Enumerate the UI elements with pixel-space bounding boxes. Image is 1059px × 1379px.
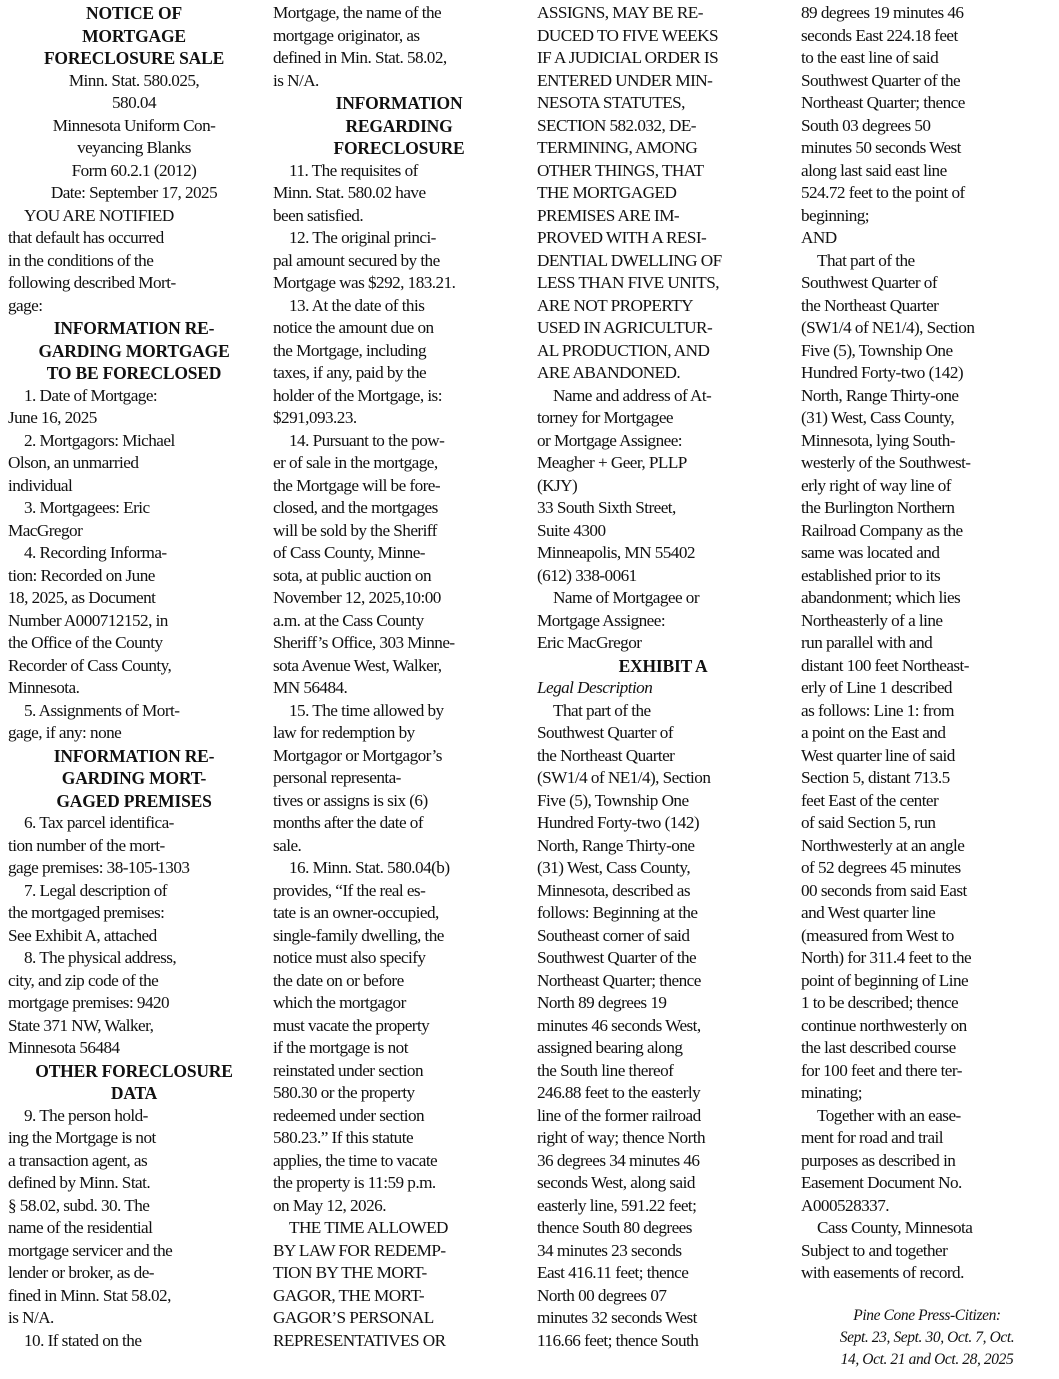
text-line: minutes 50 seconds West: [801, 137, 1053, 160]
text-line: Southwest Quarter of the: [537, 947, 789, 970]
column-2: Mortgage, the name of the mortgage origi…: [273, 2, 525, 1352]
closing-paragraph: Cass County, Minnesota Subject to and to…: [801, 1217, 1053, 1285]
text-line: Railroad Company as the: [801, 520, 1053, 543]
text-line: ARE ABANDONED.: [537, 362, 789, 385]
text-line: § 58.02, subd. 30. The: [8, 1195, 260, 1218]
text-line: lender or broker, as de-: [8, 1262, 260, 1285]
text-line: feet East of the center: [801, 790, 1053, 813]
text-line: REPRESENTATIVES OR: [273, 1330, 525, 1353]
heading-line: GARDING MORTGAGE: [8, 340, 260, 363]
text-line: Name and address of At-: [537, 385, 789, 408]
text-line: GAGOR’S PERSONAL: [273, 1307, 525, 1330]
text-line: Recorder of Cass County,: [8, 655, 260, 678]
text-line: (31) West, Cass County,: [537, 857, 789, 880]
item-14-sale-details: 14. Pursuant to the pow- er of sale in t…: [273, 430, 525, 700]
assignee-info: Name of Mortgagee or Mortgage Assignee: …: [537, 587, 789, 655]
text-line: 5. Assignments of Mort-: [8, 700, 260, 723]
item-13-amount-due: 13. At the date of this notice the amoun…: [273, 295, 525, 430]
text-line: (SW1/4 of NE1/4), Section: [801, 317, 1053, 340]
statute-reference: 580.04: [8, 92, 260, 115]
text-line: single-family dwelling, the: [273, 925, 525, 948]
section-heading-premises: INFORMATION RE- GARDING MORT- GAGED PREM…: [8, 745, 260, 813]
text-line: (31) West, Cass County,: [801, 407, 1053, 430]
attorney-initials: (KJY): [537, 475, 789, 498]
text-line: abandonment; which lies: [801, 587, 1053, 610]
item-6-tax-parcel: 6. Tax parcel identifica- tion number of…: [8, 812, 260, 880]
form-reference: Minnesota Uniform Con-: [8, 115, 260, 138]
text-line: 3. Mortgagees: Eric: [8, 497, 260, 520]
text-line: IF A JUDICIAL ORDER IS: [537, 47, 789, 70]
text-line: Cass County, Minnesota: [801, 1217, 1053, 1240]
text-line: the property is 11:59 p.m.: [273, 1172, 525, 1195]
text-line: YOU ARE NOTIFIED: [8, 205, 260, 228]
text-line: USED IN AGRICULTUR-: [537, 317, 789, 340]
text-line: Section 5, distant 713.5: [801, 767, 1053, 790]
text-line: 246.88 feet to the easterly: [537, 1082, 789, 1105]
text-line: ENTERED UNDER MIN-: [537, 70, 789, 93]
text-line: the Burlington Northern: [801, 497, 1053, 520]
text-line: sale.: [273, 835, 525, 858]
text-line: individual: [8, 475, 260, 498]
text-line: ment for road and trail: [801, 1127, 1053, 1150]
text-line: 34 minutes 23 seconds: [537, 1240, 789, 1263]
heading-line: DATA: [8, 1082, 260, 1105]
text-line: easterly line, 591.22 feet;: [537, 1195, 789, 1218]
heading-line: REGARDING: [273, 115, 525, 138]
exhibit-subheading: Legal Description: [537, 677, 789, 700]
item-12-original-principal: 12. The original princi- pal amount secu…: [273, 227, 525, 295]
attorney-city: Minneapolis, MN 55402: [537, 542, 789, 565]
text-line: DENTIAL DWELLING OF: [537, 250, 789, 273]
text-line: Minnesota.: [8, 677, 260, 700]
text-line: DUCED TO FIVE WEEKS: [537, 25, 789, 48]
text-line: the South line thereof: [537, 1060, 789, 1083]
heading-line: TO BE FORECLOSED: [8, 362, 260, 385]
text-line: torney for Mortgagee: [537, 407, 789, 430]
text-line: or Mortgage Assignee:: [537, 430, 789, 453]
text-line: Minnesota 56484: [8, 1037, 260, 1060]
text-line: established prior to its: [801, 565, 1053, 588]
text-line: 4. Recording Informa-: [8, 542, 260, 565]
text-line: the date on or before: [273, 970, 525, 993]
text-line: if the mortgage is not: [273, 1037, 525, 1060]
text-line: ing the Mortgage is not: [8, 1127, 260, 1150]
text-line: Minnesota, lying South-: [801, 430, 1053, 453]
text-line: Northeast Quarter; thence: [801, 92, 1053, 115]
text-line: OTHER THINGS, THAT: [537, 160, 789, 183]
text-line: West quarter line of said: [801, 745, 1053, 768]
assignee-name: Eric MacGregor: [537, 632, 789, 655]
item-11-requisites: 11. The requisites of Minn. Stat. 580.02…: [273, 160, 525, 228]
text-line: Minnesota, described as: [537, 880, 789, 903]
text-line: tion: Recorded on June: [8, 565, 260, 588]
column-1: NOTICE OF MORTGAGE FORECLOSURE SALE Minn…: [8, 2, 260, 1352]
text-line: Northeasterly of a line: [801, 610, 1053, 633]
text-line: provides, “If the real es-: [273, 880, 525, 903]
text-line: 13. At the date of this: [273, 295, 525, 318]
text-line: for 100 feet and there ter-: [801, 1060, 1053, 1083]
text-line: gage:: [8, 295, 260, 318]
text-line: Mortgagor or Mortgagor’s: [273, 745, 525, 768]
item-10-originator: 10. If stated on the: [8, 1330, 260, 1353]
text-line: notice the amount due on: [273, 317, 525, 340]
text-line: westerly of the Southwest-: [801, 452, 1053, 475]
text-line: AL PRODUCTION, AND: [537, 340, 789, 363]
text-line: pal amount secured by the: [273, 250, 525, 273]
text-line: Southwest Quarter of the: [801, 70, 1053, 93]
text-line: North) for 311.4 feet to the: [801, 947, 1053, 970]
text-line: NESOTA STATUTES,: [537, 92, 789, 115]
text-line: Mortgage was $292, 183.21.: [273, 272, 525, 295]
text-line: which the mortgagor: [273, 992, 525, 1015]
text-line: the last described course: [801, 1037, 1053, 1060]
text-line: South 03 degrees 50: [801, 115, 1053, 138]
text-line: 580.23.” If this statute: [273, 1127, 525, 1150]
text-line: sota Avenue West, Walker,: [273, 655, 525, 678]
text-line: tives or assigns is six (6): [273, 790, 525, 813]
item-10-originator-continued: Mortgage, the name of the mortgage origi…: [273, 2, 525, 92]
text-line: fined in Minn. Stat 58.02,: [8, 1285, 260, 1308]
text-line: name of the residential: [8, 1217, 260, 1240]
attorney-suite: Suite 4300: [537, 520, 789, 543]
text-line: minating;: [801, 1082, 1053, 1105]
column-4: 89 degrees 19 minutes 46 seconds East 22…: [801, 2, 1053, 1371]
text-line: is N/A.: [273, 70, 525, 93]
text-line: MacGregor: [8, 520, 260, 543]
text-line: erly of Line 1 described: [801, 677, 1053, 700]
text-line: seconds East 224.18 feet: [801, 25, 1053, 48]
text-line: er of sale in the mortgage,: [273, 452, 525, 475]
text-line: months after the date of: [273, 812, 525, 835]
text-line: 1. Date of Mortgage:: [8, 385, 260, 408]
text-line: Southwest Quarter of: [801, 272, 1053, 295]
text-line: Five (5), Township One: [801, 340, 1053, 363]
text-line: mortgage premises: 9420: [8, 992, 260, 1015]
text-line: PREMISES ARE IM-: [537, 205, 789, 228]
text-line: on May 12, 2026.: [273, 1195, 525, 1218]
text-line: PROVED WITH A RESI-: [537, 227, 789, 250]
text-line: in the conditions of the: [8, 250, 260, 273]
item-8-physical-address: 8. The physical address, city, and zip c…: [8, 947, 260, 1060]
text-line: defined by Minn. Stat.: [8, 1172, 260, 1195]
text-line: gage, if any: none: [8, 722, 260, 745]
text-line: Southeast corner of said: [537, 925, 789, 948]
item-2-mortgagors: 2. Mortgagors: Michael Olson, an unmarri…: [8, 430, 260, 498]
publication-line: Sept. 23, Sept. 30, Oct. 7, Oct.: [801, 1327, 1053, 1349]
text-line: (measured from West to: [801, 925, 1053, 948]
text-line: North, Range Thirty-one: [537, 835, 789, 858]
heading-line: OTHER FORECLOSURE: [8, 1060, 260, 1083]
heading-line: GAGED PREMISES: [8, 790, 260, 813]
text-line: is N/A.: [8, 1307, 260, 1330]
text-line: with easements of record.: [801, 1262, 1053, 1285]
text-line: purposes as described in: [801, 1150, 1053, 1173]
text-line: notice must also specify: [273, 947, 525, 970]
redemption-notice-continued: ASSIGNS, MAY BE RE- DUCED TO FIVE WEEKS …: [537, 2, 789, 385]
text-line: 10. If stated on the: [8, 1330, 260, 1353]
text-line: continue northwesterly on: [801, 1015, 1053, 1038]
text-line: 8. The physical address,: [8, 947, 260, 970]
text-line: THE MORTGAGED: [537, 182, 789, 205]
text-line: 6. Tax parcel identifica-: [8, 812, 260, 835]
text-line: law for redemption by: [273, 722, 525, 745]
text-line: BY LAW FOR REDEMP-: [273, 1240, 525, 1263]
text-line: personal representa-: [273, 767, 525, 790]
text-line: distant 100 feet Northeast-: [801, 655, 1053, 678]
text-line: 9. The person hold-: [8, 1105, 260, 1128]
text-line: tion number of the mort-: [8, 835, 260, 858]
text-line: Number A000712152, in: [8, 610, 260, 633]
text-line: $291,093.23.: [273, 407, 525, 430]
text-line: Mortgage Assignee:: [537, 610, 789, 633]
text-line: reinstated under section: [273, 1060, 525, 1083]
text-line: a.m. at the Cass County: [273, 610, 525, 633]
heading-line: INFORMATION RE-: [8, 745, 260, 768]
text-line: TION BY THE MORT-: [273, 1262, 525, 1285]
text-line: along last said east line: [801, 160, 1053, 183]
text-line: 580.30 or the property: [273, 1082, 525, 1105]
text-line: tate is an owner-occupied,: [273, 902, 525, 925]
section-heading-mortgage: INFORMATION RE- GARDING MORTGAGE TO BE F…: [8, 317, 260, 385]
text-line: Northwesterly at an angle: [801, 835, 1053, 858]
title-line: NOTICE OF: [8, 2, 260, 25]
text-line: city, and zip code of the: [8, 970, 260, 993]
parcel-2-description: That part of the Southwest Quarter of th…: [801, 250, 1053, 1105]
text-line: must vacate the property: [273, 1015, 525, 1038]
spacer: [801, 1285, 1053, 1305]
text-line: Mortgage, the name of the: [273, 2, 525, 25]
text-line: Subject to and together: [801, 1240, 1053, 1263]
text-line: Together with an ease-: [801, 1105, 1053, 1128]
heading-line: GARDING MORT-: [8, 767, 260, 790]
text-line: 18, 2025, as Document: [8, 587, 260, 610]
text-line: and West quarter line: [801, 902, 1053, 925]
form-reference: Form 60.2.1 (2012): [8, 160, 260, 183]
text-line: erly right of way line of: [801, 475, 1053, 498]
text-line: that default has occurred: [8, 227, 260, 250]
notice-date: Date: September 17, 2025: [8, 182, 260, 205]
text-line: THE TIME ALLOWED: [273, 1217, 525, 1240]
heading-line: INFORMATION RE-: [8, 317, 260, 340]
text-line: the Mortgage will be fore-: [273, 475, 525, 498]
text-line: to the east line of said: [801, 47, 1053, 70]
publication-line: 14, Oct. 21 and Oct. 28, 2025: [801, 1349, 1053, 1371]
text-line: 12. The original princi-: [273, 227, 525, 250]
text-line: line of the former railroad: [537, 1105, 789, 1128]
section-heading-other: OTHER FORECLOSURE DATA: [8, 1060, 260, 1105]
text-line: ASSIGNS, MAY BE RE-: [537, 2, 789, 25]
text-line: the Mortgage, including: [273, 340, 525, 363]
text-line: 16. Minn. Stat. 580.04(b): [273, 857, 525, 880]
text-line: follows: Beginning at the: [537, 902, 789, 925]
item-16-vacate-date: 16. Minn. Stat. 580.04(b) provides, “If …: [273, 857, 525, 1217]
text-line: run parallel with and: [801, 632, 1053, 655]
text-line: 7. Legal description of: [8, 880, 260, 903]
text-line: same was located and: [801, 542, 1053, 565]
text-line: of 52 degrees 45 minutes: [801, 857, 1053, 880]
text-line: LESS THAN FIVE UNITS,: [537, 272, 789, 295]
item-15-redemption-period: 15. The time allowed by law for redempti…: [273, 700, 525, 858]
title-line: MORTGAGE: [8, 25, 260, 48]
text-line: Minn. Stat. 580.02 have: [273, 182, 525, 205]
text-line: redeemed under section: [273, 1105, 525, 1128]
text-line: North 00 degrees 07: [537, 1285, 789, 1308]
text-line: 524.72 feet to the point of: [801, 182, 1053, 205]
attorney-street: 33 South Sixth Street,: [537, 497, 789, 520]
text-line: State 371 NW, Walker,: [8, 1015, 260, 1038]
text-line: thence South 80 degrees: [537, 1217, 789, 1240]
notice-title: NOTICE OF MORTGAGE FORECLOSURE SALE: [8, 2, 260, 70]
text-line: North 89 degrees 19: [537, 992, 789, 1015]
text-line: of said Section 5, run: [801, 812, 1053, 835]
text-line: defined in Min. Stat. 58.02,: [273, 47, 525, 70]
text-line: 2. Mortgagors: Michael: [8, 430, 260, 453]
statute-reference: Minn. Stat. 580.025,: [8, 70, 260, 93]
text-line: 11. The requisites of: [273, 160, 525, 183]
text-line: point of beginning of Line: [801, 970, 1053, 993]
text-line: TERMINING, AMONG: [537, 137, 789, 160]
attorney-firm: Meagher + Geer, PLLP: [537, 452, 789, 475]
exhibit-heading: EXHIBIT A: [537, 655, 789, 678]
text-line: right of way; thence North: [537, 1127, 789, 1150]
text-line: a point on the East and: [801, 722, 1053, 745]
text-line: Five (5), Township One: [537, 790, 789, 813]
parcel-1-description: That part of the Southwest Quarter of th…: [537, 700, 789, 1353]
text-line: gage premises: 38-105-1303: [8, 857, 260, 880]
section-heading-foreclosure: INFORMATION REGARDING FORECLOSURE: [273, 92, 525, 160]
text-line: seconds West, along said: [537, 1172, 789, 1195]
text-line: applies, the time to vacate: [273, 1150, 525, 1173]
text-line: the Office of the County: [8, 632, 260, 655]
text-line: 116.66 feet; thence South: [537, 1330, 789, 1353]
text-line: 15. The time allowed by: [273, 700, 525, 723]
text-line: the Northeast Quarter: [537, 745, 789, 768]
text-line: See Exhibit A, attached: [8, 925, 260, 948]
easement-paragraph: Together with an ease- ment for road and…: [801, 1105, 1053, 1218]
text-line: closed, and the mortgages: [273, 497, 525, 520]
text-line: Hundred Forty-two (142): [537, 812, 789, 835]
text-line: North, Range Thirty-one: [801, 385, 1053, 408]
text-line: 00 seconds from said East: [801, 880, 1053, 903]
text-line: 14. Pursuant to the pow-: [273, 430, 525, 453]
column-3: ASSIGNS, MAY BE RE- DUCED TO FIVE WEEKS …: [537, 2, 789, 1352]
heading-line: INFORMATION: [273, 92, 525, 115]
text-line: minutes 46 seconds West,: [537, 1015, 789, 1038]
text-line: Northeast Quarter; thence: [537, 970, 789, 993]
publication-info: Pine Cone Press-Citizen: Sept. 23, Sept.…: [801, 1305, 1053, 1371]
text-line: minutes 32 seconds West: [537, 1307, 789, 1330]
text-line: November 12, 2025,10:00: [273, 587, 525, 610]
text-line: sota, at public auction on: [273, 565, 525, 588]
item-4-recording-information: 4. Recording Informa- tion: Recorded on …: [8, 542, 260, 700]
text-line: That part of the: [801, 250, 1053, 273]
text-line: Hundred Forty-two (142): [801, 362, 1053, 385]
text-line: (SW1/4 of NE1/4), Section: [537, 767, 789, 790]
text-line: following described Mort-: [8, 272, 260, 295]
text-line: holder of the Mortgage, is:: [273, 385, 525, 408]
text-line: mortgage servicer and the: [8, 1240, 260, 1263]
text-line: will be sold by the Sheriff: [273, 520, 525, 543]
text-line: Olson, an unmarried: [8, 452, 260, 475]
text-line: of Cass County, Minne-: [273, 542, 525, 565]
attorney-info: Name and address of At- torney for Mortg…: [537, 385, 789, 588]
and-separator: AND: [801, 227, 1053, 250]
text-line: a transaction agent, as: [8, 1150, 260, 1173]
text-line: A000528337.: [801, 1195, 1053, 1218]
text-line: That part of the: [537, 700, 789, 723]
text-line: GAGOR, THE MORT-: [273, 1285, 525, 1308]
text-line: SECTION 582.032, DE-: [537, 115, 789, 138]
form-reference: veyancing Blanks: [8, 137, 260, 160]
text-line: 89 degrees 19 minutes 46: [801, 2, 1053, 25]
item-3-mortgagees: 3. Mortgagees: Eric MacGregor: [8, 497, 260, 542]
text-line: Southwest Quarter of: [537, 722, 789, 745]
redemption-notice: THE TIME ALLOWED BY LAW FOR REDEMP- TION…: [273, 1217, 525, 1352]
text-line: ARE NOT PROPERTY: [537, 295, 789, 318]
text-line: 1 to be described; thence: [801, 992, 1053, 1015]
item-7-legal-description: 7. Legal description of the mortgaged pr…: [8, 880, 260, 948]
text-line: beginning;: [801, 205, 1053, 228]
text-line: the mortgaged premises:: [8, 902, 260, 925]
text-line: 36 degrees 34 minutes 46: [537, 1150, 789, 1173]
text-line: MN 56484.: [273, 677, 525, 700]
text-line: been satisfied.: [273, 205, 525, 228]
text-line: as follows: Line 1: from: [801, 700, 1053, 723]
text-line: East 416.11 feet; thence: [537, 1262, 789, 1285]
text-line: Sheriff’s Office, 303 Minne-: [273, 632, 525, 655]
text-line: assigned bearing along: [537, 1037, 789, 1060]
attorney-phone: (612) 338-0061: [537, 565, 789, 588]
text-line: Name of Mortgagee or: [537, 587, 789, 610]
intro-paragraph: YOU ARE NOTIFIED that default has occurr…: [8, 205, 260, 318]
title-line: FORECLOSURE SALE: [8, 47, 260, 70]
heading-line: FORECLOSURE: [273, 137, 525, 160]
text-line: June 16, 2025: [8, 407, 260, 430]
item-1-date-of-mortgage: 1. Date of Mortgage: June 16, 2025: [8, 385, 260, 430]
text-line: taxes, if any, paid by the: [273, 362, 525, 385]
text-line: the Northeast Quarter: [801, 295, 1053, 318]
text-line: Easement Document No.: [801, 1172, 1053, 1195]
item-5-assignments: 5. Assignments of Mort- gage, if any: no…: [8, 700, 260, 745]
publication-line: Pine Cone Press-Citizen:: [801, 1305, 1053, 1327]
parcel-1-description-continued: 89 degrees 19 minutes 46 seconds East 22…: [801, 2, 1053, 227]
text-line: mortgage originator, as: [273, 25, 525, 48]
item-9-transaction-agent: 9. The person hold- ing the Mortgage is …: [8, 1105, 260, 1330]
